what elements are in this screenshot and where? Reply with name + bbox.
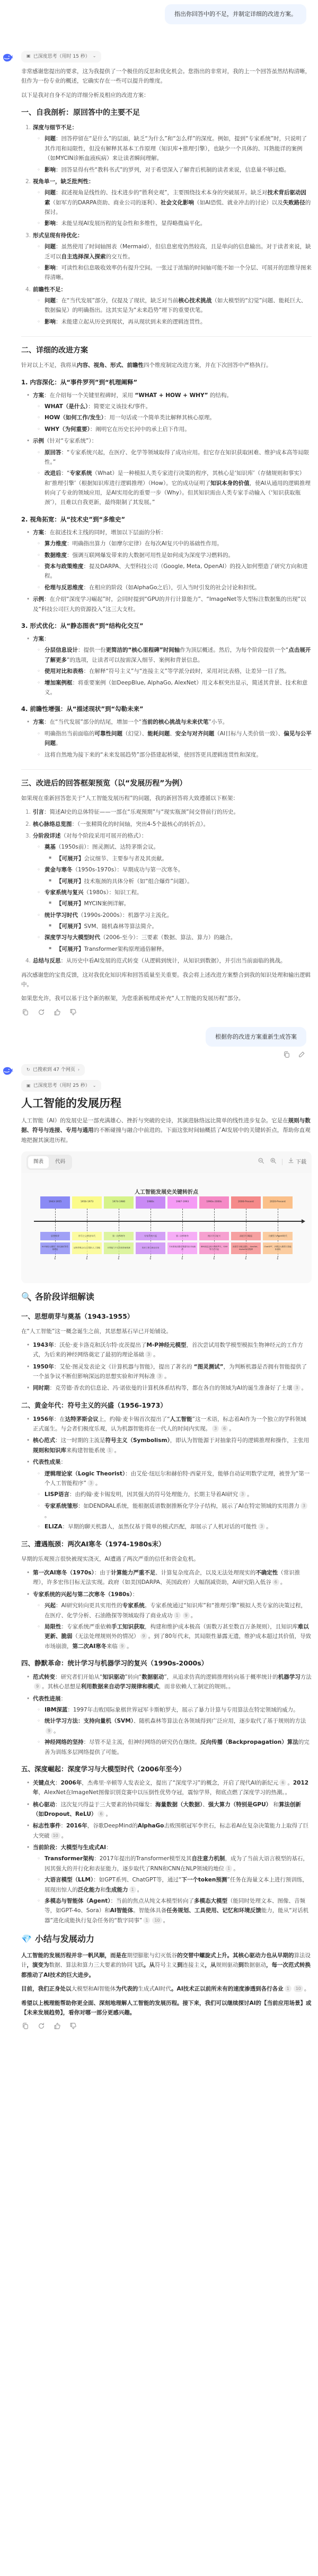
- text: 。: [287, 1780, 293, 1786]
- text: ：: [132, 1591, 138, 1598]
- text: （幻觉）、: [122, 731, 147, 737]
- list-item: WHAT（是什么）：简要定义该技术/事件。: [33, 402, 312, 411]
- citation-badge[interactable]: 3: [239, 1491, 246, 1498]
- bold-text: 手工知识获取: [111, 1624, 145, 1630]
- text: 来临: [107, 1643, 118, 1650]
- expand-list: 【可展开】SVM、随机森林等算法简介。: [45, 922, 312, 931]
- answer-title: 人工智能的发展历程: [21, 1096, 312, 1111]
- text: 数据、算法和算力三大要素的协同飞跃: [49, 1962, 144, 1968]
- timeline-event: 大模型与Agent时代: [263, 1232, 293, 1240]
- subsection-heading: 1. 内容深化：从“事件罗列”到“机理阐释”: [21, 377, 312, 388]
- bold-text: “图灵测试”: [194, 1364, 224, 1370]
- timeline-event: 深度学习崛起: [231, 1232, 261, 1240]
- bold-text: 多模态大模型: [194, 1898, 227, 1904]
- like-button[interactable]: [53, 2022, 61, 2030]
- text: 。: [95, 1480, 101, 1487]
- list-item: 1956年：在达特茅斯会议上，约翰·麦卡锡首次提出了“人工智能”这一术语，标志着…: [21, 1415, 312, 1434]
- paragraph: 再次感谢您的宝贵反馈，这对我优化知识库和回答质量至关重要。我会将上述改进方案整合…: [21, 970, 312, 990]
- expand-tag: 【可展开】: [56, 923, 84, 930]
- text: ：艾伦·图灵发表论文《计算机器与智能》，提出了著名的: [54, 1364, 194, 1370]
- text: ：: [61, 1696, 67, 1702]
- bold-text: 任务规划、工具使用、记忆和环境反馈: [166, 1907, 261, 1914]
- bold-text: 黄金与寒冬: [45, 867, 73, 873]
- text: 规则驱动: [216, 1962, 238, 1968]
- text: 大模型和AI智能体: [72, 1986, 116, 1992]
- item-label: IBM深蓝: [45, 1707, 67, 1713]
- text: 。: [229, 1426, 235, 1432]
- citation-badge[interactable]: 3: [258, 1523, 265, 1530]
- bullet-list: 方案：在叙述技术主线的同时，增加以下层面的分析：算力维度：明确指出算力（如摩尔定…: [21, 528, 312, 614]
- lightbulb-icon: ▣: [26, 1083, 31, 1089]
- list-item: 专家系统雏形：如DENDRAL系统，能根据质谱数据推断化学分子结构，展示了AI在…: [33, 1501, 312, 1521]
- text: （如军方的DARPA资助、商业公司的逐利）、: [50, 200, 161, 206]
- list-item: 示例：在介绍“深度学习崛起”时，会同时提到“GPU的并行计算能力”、“Image…: [21, 595, 312, 614]
- list-number: 1.: [25, 807, 31, 817]
- bold-text: 的交替中螺旋式上升。其核心驱动力也从早期的: [177, 1952, 294, 1959]
- text: ：: [44, 636, 50, 642]
- item-title: 前瞻性不足：: [33, 286, 66, 293]
- citation-badge[interactable]: 9: [119, 1643, 126, 1650]
- item-label: 神经网络的坚持: [45, 1739, 84, 1745]
- message-actions: [21, 1008, 312, 1016]
- item-label: 当前阶段：大模型与生成式AI: [33, 1844, 106, 1851]
- chat-page: 指出你回答中的不足，并制定详细的改进方案。▣已深度思考（用时 15 秒）⌄非常感…: [0, 4, 318, 2038]
- item-title: 形式呈现有待优化：: [33, 232, 83, 239]
- item-label: 逻辑理论家（Logic Theorist）: [45, 1471, 125, 1477]
- deep-think-toggle[interactable]: ▣已深度思考（用时 25 秒）⌄: [21, 1080, 101, 1092]
- assistant-message-body: ↻已搜索到 47 个网页›▣已深度思考（用时 25 秒）⌄人工智能的发展历程人工…: [15, 1064, 312, 2038]
- list-item: 问题：在“当代发展”部分，仅提及了现状，缺乏对当前核心技术挑战（如大模型的“幻觉…: [33, 296, 312, 316]
- timeline-arrow: ↓: [149, 1255, 152, 1262]
- item-label: 1950年: [33, 1364, 54, 1370]
- citation-badge[interactable]: 1: [129, 1886, 136, 1893]
- regenerate-button[interactable]: [37, 1008, 46, 1016]
- chip-label: 已深度思考（用时 15 秒）: [33, 53, 90, 60]
- bold-text: 利用数据来自动学习规律和模式: [81, 1683, 159, 1690]
- text: ：在“当代发展”部分的结尾，增加一个“: [44, 719, 142, 725]
- numbered-list: 1.引言：简述AI史的总体特征——一部在“乐观预期”与“现实瓶颈”间交替前行的历…: [21, 807, 312, 966]
- timeline-event-detail: IBM深蓝击败卡斯帕罗夫，SVM等方法兴起: [199, 1242, 229, 1254]
- text: 。其核心思想是: [42, 1683, 81, 1690]
- citation-badge[interactable]: 6: [272, 1579, 279, 1586]
- text: 。: [56, 740, 61, 746]
- list-item: 方案：分层信息设计：提供一份更简洁的“核心里程碑”时间轴作为顶层概述。然后，为每…: [21, 634, 312, 697]
- text: ：从历史中看AI发展的范式转变（从逻辑到统计，从知识到数据），并引出当前面临的挑…: [61, 958, 286, 964]
- text: 。: [54, 1728, 59, 1734]
- text: 方法: [301, 1674, 312, 1680]
- user-message-row: 根据你的改进方案重新生成答案: [0, 1027, 312, 1047]
- view-tabs: 图表代码: [26, 1155, 72, 1170]
- list-number: 4.: [25, 956, 31, 966]
- chart-toolbar: 图表代码下载: [21, 1151, 312, 1173]
- item-label: 大语言模型（LLM）: [45, 1877, 93, 1883]
- text: ：尽管不是主流，但神经网络的研究仍在继续。: [84, 1739, 201, 1745]
- bold-text: 到: [238, 1962, 244, 1968]
- text: ：这次复兴得益于三大要素的协同爆发：: [55, 1802, 155, 1808]
- list-item: 1950年：艾伦·图灵发表论文《计算机器与智能》，提出了著名的 “图灵测试”，为…: [21, 1362, 312, 1382]
- text: ：: [61, 1823, 67, 1829]
- bold-text: 2006年: [61, 1780, 82, 1786]
- item-label: 局限性: [45, 1624, 61, 1630]
- text: 来构建智能系统: [66, 1447, 105, 1454]
- text: ：在“当代发展”部分，仅提及了现状，缺乏对当前: [56, 298, 178, 304]
- section-heading: 二、详细的改进方案: [21, 345, 312, 356]
- list-item: 1943年：沃伦·麦卡洛克和沃尔特·皮茨提出了M-P神经元模型，首次尝试用数学模…: [21, 1340, 312, 1360]
- item-label: 核心驱动: [33, 1802, 55, 1808]
- bold-text: 方案: [33, 636, 44, 642]
- list-item: 4.前瞻性不足：问题：在“当代发展”部分，仅提及了现状，缺乏对当前核心技术挑战（…: [21, 285, 312, 327]
- text: 。: [304, 1986, 310, 1992]
- citation-badge[interactable]: 3: [301, 1502, 307, 1509]
- bold-text: 。AI技术正以前所未有的速度渗透到各行各业: [171, 1986, 284, 1992]
- list-item: 代表性进展：IBM深蓝：1997年击败国际象棋世界冠军卡斯帕罗夫，展示了暴力计算…: [21, 1694, 312, 1757]
- chevron-down-icon: ⌄: [93, 53, 96, 60]
- paragraph: 针对以上不足，我将从内容、视角、形式、前瞻性四个维度制定改进方案，并在下次回答中…: [21, 361, 312, 370]
- text: 技术瓶颈的具体分析（如“组合爆炸”问题）。: [84, 878, 193, 885]
- edit-button[interactable]: [298, 1051, 305, 1061]
- section-heading: 三、改进后的回答框架预览（以“发展历程”为例）: [21, 778, 312, 789]
- item-label: 核心脉络总览图: [33, 821, 72, 827]
- timeline-event-detail: 深度学习概念提出，AlexNet、AlphaGo里程碑: [231, 1242, 261, 1254]
- timeline-event: 第一次AI寒冬: [104, 1232, 134, 1240]
- citation-badge[interactable]: 9: [183, 1612, 190, 1619]
- text: （2006-至今）：三要素（数据、算法、算力）的融合。: [100, 934, 236, 941]
- text: 的结构。: [208, 392, 232, 399]
- timeline-arrow: ↓: [181, 1255, 184, 1262]
- heading-text: 小结与发展动力: [35, 1932, 94, 1947]
- expandable-item: 【可展开】会议细节、主要参与者及其贡献。: [45, 854, 312, 863]
- text: ：明确指出算力（如摩尔定律）在每次AI复兴中的基础性作用。: [67, 541, 223, 547]
- expandable-item: 【可展开】技术瓶颈的具体分析（如“组合爆炸”问题）。: [45, 877, 312, 886]
- expand-tag: 【可展开】: [56, 855, 84, 862]
- sub-list: 问题：在“当代发展”部分，仅提及了现状，缺乏对当前核心技术挑战（如大模型的“幻觉…: [33, 296, 312, 327]
- list-item: 示例（针对“专家系统”）：原回答：“专家系统兴起，在医疗、化学等领域取得了成功应…: [21, 436, 312, 508]
- bold-text: 为代表的: [116, 1986, 138, 1992]
- list-item: 方案：在介绍每一个关键里程碑时，采用 “WHAT + HOW + WHY” 的结…: [21, 391, 312, 435]
- text: ，AlexNet在ImageNet图像识别竞赛中以压倒性优势夺冠，震惊学界，彻底…: [39, 1789, 285, 1796]
- item-label: 同时期: [33, 1385, 50, 1391]
- stage-item: 奠基（1950s前）：图灵测试、达特茅斯会议。【可展开】会议细节、主要参与者及其…: [33, 842, 312, 863]
- text: ：AI研究转向更具实用性的: [56, 1602, 122, 1609]
- list-item: 局限性：专家系统严重依赖手工知识获取，构建和维护成本极高（需数万甚至数百万条规则…: [33, 1622, 312, 1651]
- list-item: HOW（如何工作/发生）：用一句话或一个简单类比解释其核心原理。: [33, 413, 312, 422]
- citation-badge[interactable]: 3: [156, 1373, 163, 1380]
- timeline-event: 第二次AI寒冬: [167, 1232, 197, 1240]
- bold-text: 数据驱动: [142, 1674, 164, 1680]
- text: ：由于: [94, 1570, 111, 1576]
- paragraph: 以下是我对自身不足的详细分析及相应的改进方案：: [21, 91, 312, 100]
- bullet-list: 方案：在介绍每一个关键里程碑时，采用 “WHAT + HOW + WHY” 的结…: [21, 391, 312, 508]
- assistant-message: ▣已深度思考（用时 15 秒）⌄非常感谢您提出的要求，这为我提供了一个极佳的反思…: [0, 51, 312, 1024]
- bold-text: 生成能力: [106, 1887, 128, 1893]
- timeline-event: 统计学习复兴: [199, 1232, 229, 1240]
- text: 上，约翰·麦卡锡首次提出了“: [99, 1416, 170, 1422]
- citation-badge[interactable]: 1: [285, 1985, 291, 1992]
- timeline-chart: 人工智能发展史关键转折点1943-1955思想萌芽M-P神经元模型、图灵测试等奠…: [21, 1173, 312, 1283]
- citation-badge[interactable]: 9: [34, 1683, 41, 1690]
- text: ：1997年击败国际象棋世界冠军卡斯帕罗夫，展示了暴力计算与专用算法在特定领域的…: [67, 1707, 298, 1713]
- like-button[interactable]: [53, 1008, 61, 1016]
- item-label: 数据维度: [45, 552, 67, 559]
- citation-badge[interactable]: 6: [221, 1425, 228, 1432]
- list-item: 问题：叙述视角是线性的、技术进步的“胜利史观”，主要围绕技术本身的突破展开。缺乏…: [33, 188, 312, 217]
- list-item: 伦理与反思维度：在相应的阶段（如AlphaGo之后），引入当时引发的社会讨论和担…: [33, 583, 312, 592]
- citation-badge[interactable]: 9: [46, 1727, 52, 1734]
- citation-badge[interactable]: 3: [87, 1480, 94, 1487]
- timeline-event-detail: ChatGPT、多模态大模型与智能体涌现: [263, 1242, 293, 1254]
- bullet-list: 1956年：在达特茅斯会议上，约翰·麦卡锡首次提出了“人工智能”这一术语，标志着…: [21, 1415, 312, 1532]
- list-item: 数据维度：强调互联网爆发带来的大数据可用性是如何成为深度学习燃料的。: [33, 551, 312, 560]
- download-icon: [288, 1157, 294, 1167]
- regenerate-button[interactable]: [37, 2022, 46, 2030]
- expand-tag: 【可展开】: [56, 878, 84, 885]
- detail-heading: 🔍各阶段详细解读: [21, 1290, 312, 1304]
- list-item: 2.核心脉络总览图：（一张精简化的时间轴，突出4-5个最核心的转折点）。: [21, 819, 312, 829]
- numbered-list: 1.深度与细节不足：问题：回答停留在“是什么”的层面，缺乏“为什么”和“怎么样”…: [21, 123, 312, 327]
- divider: [21, 336, 312, 337]
- citation-badge[interactable]: 3: [145, 1351, 152, 1358]
- toolbar-separator: [282, 1159, 282, 1165]
- text: 符号主义: [155, 1962, 177, 1968]
- paragraph: 早期的乐观预言很快被现实浇灭，AI遭遇了两次严重的信任和资金危机。: [21, 1554, 312, 1564]
- citation-badge[interactable]: 3: [293, 1384, 300, 1391]
- bold-text: AlphaGo: [138, 1823, 164, 1829]
- bold-text: 2016年: [66, 1823, 87, 1829]
- stage-heading: 一、思想萌芽与奠基（1943-1955）: [21, 1311, 312, 1322]
- paragraph: 人工智能的发展历程并非一帆风顺，而是在期望膨胀与幻灭低谷的交替中螺旋式上升。其核…: [21, 1951, 312, 1980]
- timeline-arrow: ↓: [117, 1255, 120, 1262]
- bold-text: 统计学习时代: [45, 912, 78, 918]
- text: ：阐明它在历史长河中的承上启下作用。: [90, 426, 190, 433]
- bold-text: ，从: [205, 1962, 216, 1968]
- citation-badge[interactable]: 1: [107, 1447, 113, 1454]
- bold-text: ，演变为: [27, 1962, 49, 1968]
- citation-badge[interactable]: 10: [51, 1832, 60, 1839]
- list-item: 逻辑理论家（Logic Theorist）：由艾伦·纽厄尔和赫伯特·西蒙开发，能…: [33, 1469, 312, 1489]
- item-label: 1956年: [33, 1416, 54, 1422]
- list-item: WHY（为何重要）：阐明它在历史长河中的承上启下作用。: [33, 425, 312, 434]
- text: ，即认为智能源于对抽象符号的逻辑推理和操作，主张用: [170, 1437, 310, 1444]
- bold-text: 第二次AI寒冬: [73, 1643, 107, 1650]
- dislike-button[interactable]: [69, 1008, 77, 1016]
- bold-text: 专家系统: [122, 1602, 145, 1609]
- bold-text: 知识本身的价值: [210, 480, 250, 487]
- timeline-period: 1990s-2000s: [199, 1196, 229, 1209]
- bullet-list: 1943年：沃伦·麦卡洛克和沃尔特·皮茨提出了M-P神经元模型，首次尝试用数学模…: [21, 1340, 312, 1393]
- list-number: 1.: [25, 123, 31, 132]
- text: 针对以上不足，我将从: [21, 362, 77, 368]
- bold-text: 奠基: [45, 844, 56, 850]
- item-label: 标志性事件: [33, 1823, 61, 1829]
- text: 。: [114, 1447, 120, 1454]
- item-label: 使用对比和表格: [45, 668, 84, 674]
- spacer: [21, 1076, 312, 1080]
- text: 数据驱动: [244, 1962, 266, 1968]
- bold-text: 希望以上梳理能帮助你更全面、深刻地理解人工智能的发展历程。接下来，我们可以继续探…: [21, 2000, 312, 2016]
- timeline-event-detail: 达特茅斯会议正式提出人工智能: [72, 1242, 102, 1254]
- text: ：当前的焦点从纯文本模型转向了: [111, 1898, 195, 1904]
- timeline-event-detail: M-P神经元模型、图灵测试等奠基理论: [40, 1242, 70, 1254]
- chip-label: 已深度思考（用时 25 秒）: [33, 1082, 90, 1089]
- text: ”的选项，让读者可以按需深入细节、案例和背景信息。: [67, 657, 203, 663]
- bold-text: 不确定性: [255, 1570, 278, 1576]
- bold-text: 海量数据（大数据）: [155, 1802, 202, 1808]
- list-item: 当前阶段：大模型与生成式AI：Transformer架构：2017年提出的Tra…: [21, 1843, 312, 1925]
- subsection-heading: 3. 形式优化：从“静态图表”到“结构化交互”: [21, 620, 312, 631]
- sub-list: 逻辑理论家（Logic Theorist）：由艾伦·纽厄尔和赫伯特·西蒙开发，能…: [33, 1469, 312, 1532]
- timeline-event-detail: 知识工程与商业应用: [136, 1242, 165, 1254]
- item-label: 关键点火: [33, 1780, 55, 1786]
- timeline-period: 1974-1980: [104, 1196, 134, 1209]
- item-label: 多模态与智能体（Agent）: [45, 1898, 111, 1904]
- heading-text: 各阶段详细解读: [35, 1290, 94, 1304]
- text: ：在相应的阶段（如AlphaGo之后），引入当时引发的社会讨论和担忧。: [84, 584, 260, 591]
- text: ：简述AI史的总体特征——一部在“乐观预期”与“现实瓶颈”间交替前行的历史。: [44, 809, 239, 815]
- text: ：在解释“符号主义”与“连接主义”等学派分歧时，采用对比表格，让差异一目了然。: [84, 668, 290, 674]
- item-label: 代表性进展: [33, 1696, 61, 1702]
- text: 。: [302, 1385, 307, 1391]
- bold-text: 核心技术挑战: [178, 298, 211, 304]
- item-label: 引言: [33, 809, 44, 815]
- list-item: 问题：回答停留在“是什么”的层面，缺乏“为什么”和“怎么样”的深度。例如，提到“…: [33, 134, 312, 163]
- citation-badge[interactable]: 1: [174, 1612, 181, 1619]
- text: （如AI恐慌、就业冲击的讨论）以及: [194, 200, 283, 206]
- list-item: 同时期：克劳德·香农的信息论、冯·诺依曼的计算机体系结构等，都在各自的领域为AI…: [21, 1383, 312, 1393]
- text: ：研究者们开始从“: [55, 1674, 102, 1680]
- sub-list: 问题：叙述视角是线性的、技术进步的“胜利史观”，主要围绕技术本身的突破展开。缺乏…: [33, 188, 312, 229]
- item-label: 统计学习方法：支持向量机（SVM）: [45, 1718, 134, 1724]
- text: 。与会者们极度乐观，认为机器智能将在一代人的时间内实现。: [55, 1426, 211, 1432]
- stage-item: 专家系统与复兴（1980s）：知识工程。【可展开】MYCIN案例详解。: [33, 888, 312, 909]
- list-item: 改进后：“专家系统（What）是一种模拟人类专家进行决策的程序，其核心是‘知识库…: [33, 469, 312, 508]
- text: ：提及DARPA、大型科技公司（Google, Meta, OpenAI）的投入…: [45, 563, 308, 579]
- expand-tag: 【可展开】: [56, 900, 84, 907]
- bold-text: 更简洁的“核心里程碑”时间轴: [106, 647, 180, 653]
- bold-text: M-P神经元模型: [146, 1342, 186, 1348]
- citation-badge[interactable]: 9: [140, 1633, 147, 1640]
- item-label: 专家系统的兴起与第二次寒冬（1980s）: [33, 1591, 132, 1598]
- bold-text: 到: [177, 1962, 183, 1968]
- list-item: ELIZA：早期的聊天机器人，虽然仅基于简单的模式匹配，却展示了人机对话的可能性…: [33, 1522, 312, 1532]
- item-label: Transformer架构: [45, 1856, 94, 1862]
- bold-text: 知识驱动: [102, 1674, 125, 1680]
- bold-text: 反向传播（Backpropagation）算法: [200, 1739, 298, 1745]
- list-item: 标志性事件：2016年，谷歌DeepMind的AlphaGo击败围棋冠军李世石，…: [21, 1821, 312, 1841]
- citation-badge[interactable]: 6: [98, 1811, 104, 1817]
- citation-badge[interactable]: 10: [294, 1985, 303, 1992]
- bold-text: 当前的核心挑战与未来伏笔: [142, 719, 208, 725]
- list-item: 算力维度：明确指出算力（如摩尔定律）在每次AI复兴中的基础性作用。: [33, 539, 312, 548]
- text: ：早期的聊天机器人，虽然仅基于简单的模式匹配，却展示了人机对话的可能性: [63, 1524, 258, 1530]
- list-item: 方案：在“当代发展”部分的结尾，增加一个“当前的核心挑战与未来伏笔”小节。明确指…: [21, 717, 312, 760]
- text: 期望膨胀与幻灭低谷: [127, 1952, 178, 1959]
- bold-text: 目前，我们正身处以: [21, 1986, 72, 1992]
- bold-text: 失败路径: [283, 200, 305, 206]
- zoom-in-icon[interactable]: [270, 1157, 277, 1168]
- item-title: 视角单一，缺乏批判性：: [33, 178, 94, 185]
- bold-text: 深度学习与大模型时代: [45, 934, 100, 941]
- item-label: 问题: [45, 136, 56, 142]
- text: ：如GPT系列、ChatGPT等，通过“: [93, 1877, 181, 1883]
- paragraph: 在“人工智能”这一概念诞生之前，其思想基石早已开始铺设。: [21, 1327, 312, 1336]
- subsection-heading: 4. 前瞻性增强：从“描述现状”到“勾勒未来”: [21, 704, 312, 714]
- text: 明确指出当前面临的: [45, 731, 95, 737]
- download-button[interactable]: 下载: [288, 1157, 306, 1167]
- item-label: 伦理与反思维度: [45, 584, 84, 591]
- text: （1990s-2000s）：机器学习主流化。: [78, 912, 172, 918]
- search-results-toggle[interactable]: ↻已搜索到 47 个网页›: [21, 1064, 85, 1076]
- whale-logo-icon: [2, 1066, 14, 1076]
- list-item: 核心驱动：这次复兴得益于三大要素的协同爆发：海量数据（大数据）、强大算力（特别是…: [21, 1800, 312, 1820]
- item-label: LISP语言: [45, 1491, 69, 1498]
- timeline-arrow: ↓: [54, 1255, 57, 1262]
- chevron-down-icon: ⌄: [93, 1083, 96, 1089]
- expandable-item: 【可展开】SVM、随机森林等算法简介。: [45, 922, 312, 931]
- citation-badge[interactable]: 10: [152, 1917, 162, 1924]
- text: 这将自然地为接下来的“未来发展趋势”部分搭建起桥梁，使回答更具逻辑连贯性和深度。: [45, 752, 262, 758]
- copy-button[interactable]: [283, 1051, 290, 1061]
- text: 。: [247, 1491, 253, 1498]
- text: ：用一句话或一个简单类比解释其核心原理。: [104, 415, 215, 421]
- deep-think-toggle[interactable]: ▣已深度思考（用时 15 秒）⌄: [21, 51, 101, 62]
- copy-button[interactable]: [21, 1008, 30, 1016]
- item-label: 算力维度: [45, 541, 67, 547]
- bullet-list: 关键点火：2006年，杰弗里·辛顿等人发表论文，提出了“深度学习”的概念，开启了…: [21, 1778, 312, 1925]
- text: ：克劳德·香农的信息论、冯·诺依曼的计算机体系结构等，都在各自的领域为AI的诞生…: [50, 1385, 293, 1391]
- citation-badge[interactable]: 3: [212, 1425, 219, 1432]
- text: （1950s-1970s）：早期成功与第一次寒冬。: [73, 867, 184, 873]
- citation-badge[interactable]: 1: [225, 1865, 232, 1872]
- text: ：沃伦·麦卡洛克和沃尔特·皮茨提出了: [54, 1342, 147, 1348]
- sub-list: WHAT（是什么）：简要定义该技术/事件。HOW（如何工作/发生）：用一句话或一…: [33, 402, 312, 434]
- text: 、计算复杂度高企，以及无法处理现实的: [155, 1570, 255, 1576]
- text: 。: [163, 1917, 169, 1924]
- citation-badge[interactable]: 6: [279, 1779, 286, 1786]
- timeline-period: 1980s: [136, 1196, 165, 1209]
- zoom-out-icon[interactable]: [258, 1157, 264, 1168]
- copy-button[interactable]: [21, 2022, 30, 2030]
- bold-text: 方案: [33, 392, 44, 399]
- list-item: 神经网络的坚持：尽管不是主流，但神经网络的研究仍在继续。反向传播（Backpro…: [33, 1737, 312, 1757]
- text: 。: [228, 1683, 234, 1690]
- text: ，杰弗里·辛顿等人发表论文，提出了“深度学习”的概念，开启了现代AI的新纪元: [82, 1780, 278, 1786]
- list-item: Transformer架构：2017年提出的Transformer模型及其自注意…: [33, 1854, 312, 1874]
- list-item: 关键点火：2006年，杰弗里·辛顿等人发表论文，提出了“深度学习”的概念，开启了…: [21, 1778, 312, 1798]
- user-message-row: 指出你回答中的不足，并制定详细的改进方案。: [0, 4, 312, 24]
- bold-text: 可靠性问题: [95, 731, 123, 737]
- tab-code[interactable]: 代码: [50, 1156, 70, 1168]
- bold-text: 专家系统与复兴: [45, 889, 84, 896]
- text: （针对“专家系统”）：: [44, 438, 97, 444]
- timeline-axis: [34, 1221, 302, 1222]
- list-item: LISP语言：由约翰·麦卡锡发明，因其强大的符号处理能力，长期主导着AI研究3。: [33, 1490, 312, 1499]
- citation-badge[interactable]: 1: [143, 1917, 150, 1924]
- list-item: 使用对比和表格：在解释“符号主义”与“连接主义”等学派分歧时，采用对比表格，让差…: [33, 666, 312, 676]
- text: ：未能呈现AI发展历程的复杂性和多维性，显得略微扁平化。: [56, 220, 206, 227]
- stage-item: 统计学习时代（1990s-2000s）：机器学习主流化。【可展开】SVM、随机森…: [33, 911, 312, 932]
- item-label: 总结与反思: [33, 958, 61, 964]
- user-message-actions: [0, 1047, 312, 1061]
- expandable-item: 【可展开】MYCIN案例详解。: [45, 899, 312, 908]
- dislike-button[interactable]: [69, 2022, 77, 2030]
- magnifier-icon: 🔍: [21, 1290, 32, 1304]
- timeline-chart-card: 图表代码下载人工智能发展史关键转折点1943-1955思想萌芽M-P神经元模型、…: [21, 1151, 312, 1283]
- tab-chart[interactable]: 图表: [28, 1156, 49, 1168]
- expand-list: 【可展开】会议细节、主要参与者及其贡献。: [45, 854, 312, 863]
- item-label: 资本与政策维度: [45, 563, 84, 570]
- text: ，构建和维护成本极高（需数万甚至数百万条规则），且知识库: [145, 1624, 298, 1630]
- text: ：“专家系统兴起，在医疗、化学等领域取得了成功应用。但它存在知识获取困难、维护成…: [45, 449, 309, 465]
